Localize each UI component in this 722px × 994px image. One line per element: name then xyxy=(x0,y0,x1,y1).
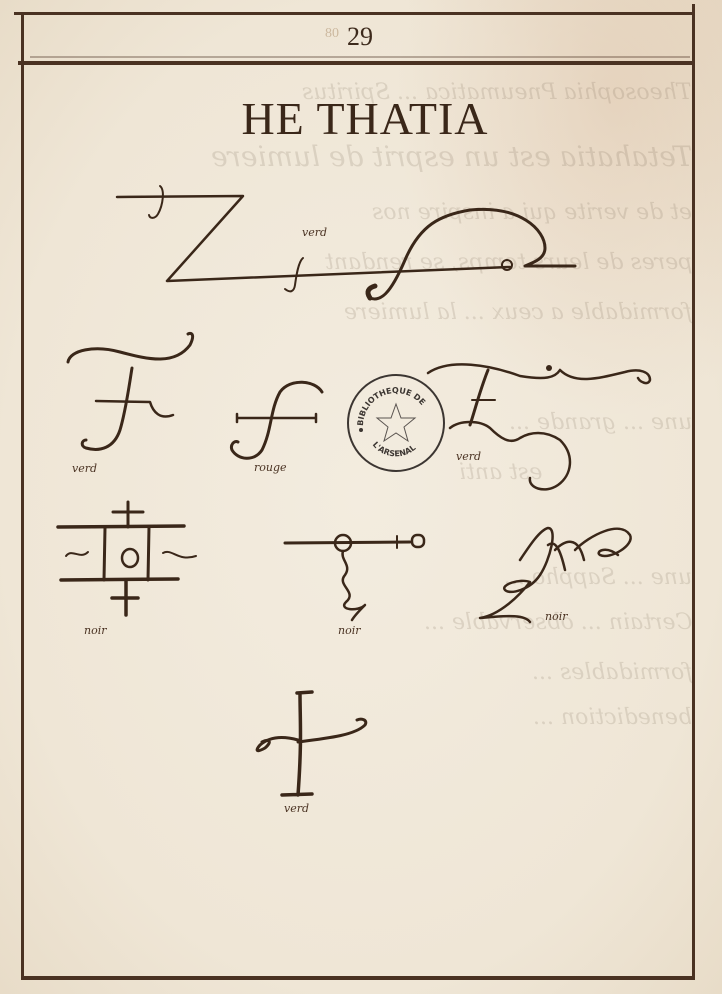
sigil-3-long-s-cross-icon xyxy=(231,382,322,458)
sigil-4-e-flourish-icon xyxy=(428,364,650,489)
sigil-4-color-label: verd xyxy=(456,450,481,463)
sigil-6-key-serpent-icon xyxy=(285,535,424,620)
sigil-8-looped-cross-icon xyxy=(257,692,366,795)
sigil-1-color-label: verd xyxy=(302,226,327,239)
stamp-text-bottom: L'ARSENAL xyxy=(371,440,418,458)
sigil-5-framed-circle-cross-icon xyxy=(58,502,196,615)
sigil-1-z-serpent-icon xyxy=(117,186,575,299)
sigil-7-color-label: noir xyxy=(545,610,567,623)
sigil-6-color-label: noir xyxy=(338,624,360,637)
library-stamp: BIBLIOTHEQUE DE L'ARSENAL xyxy=(347,374,445,472)
sigil-8-color-label: verd xyxy=(284,802,309,815)
sigil-2-color-label: verd xyxy=(72,462,97,475)
stamp-text-top: BIBLIOTHEQUE DE xyxy=(356,386,427,426)
stamp-star-icon xyxy=(377,404,415,441)
sigil-3-color-label: rouge xyxy=(254,461,287,474)
sigil-5-color-label: noir xyxy=(84,624,106,637)
manuscript-page: Theosophia Pneumatica ... Spiritus Tetah… xyxy=(0,0,722,994)
sigil-7-looped-2-m-icon xyxy=(480,528,631,622)
sigil-2-looped-f-icon xyxy=(68,333,193,449)
